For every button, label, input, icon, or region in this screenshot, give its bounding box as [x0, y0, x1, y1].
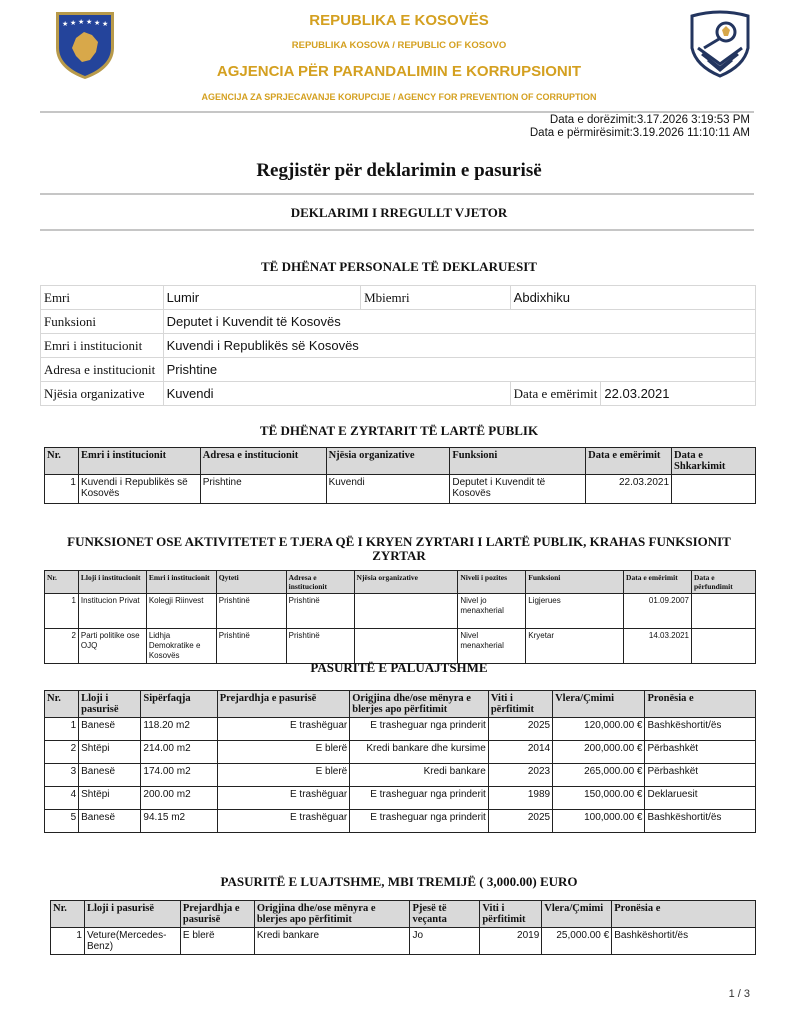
- table-cell: Prishtinë: [286, 629, 354, 664]
- column-header: Viti i përfitimit: [488, 691, 552, 718]
- table-row: 2Shtëpi214.00 m2E blerëKredi bankare dhe…: [45, 741, 756, 764]
- table-cell: E trasheguar nga prinderit: [350, 810, 489, 833]
- table-header-row: Nr.Lloji i institucionitEmri i instituci…: [45, 571, 756, 594]
- column-header: Adresa e institucionit: [286, 571, 354, 594]
- table-cell: E blerë: [180, 928, 254, 955]
- column-header: Nr.: [45, 571, 79, 594]
- table-cell: 2023: [488, 764, 552, 787]
- table-cell: Jo: [410, 928, 480, 955]
- table-cell: Deklaruesit: [645, 787, 756, 810]
- table-cell: 265,000.00 €: [553, 764, 645, 787]
- column-header: Niveli i pozites: [458, 571, 526, 594]
- table-cell: 1: [51, 928, 85, 955]
- table-cell: [691, 594, 755, 629]
- table-cell: E blerë: [217, 741, 350, 764]
- table-cell: Përbashkët: [645, 741, 756, 764]
- agency-subheading: AGENCIJA ZA SPRJECAVANJE KORUPCIJE / AGE…: [0, 92, 798, 102]
- table-cell: [354, 629, 458, 664]
- table-row: 5Banesë94.15 m2E trashëguarE trasheguar …: [45, 810, 756, 833]
- column-header: Adresa e institucionit: [200, 448, 326, 475]
- table-cell: 200,000.00 €: [553, 741, 645, 764]
- table-cell: Kuvendi: [326, 475, 450, 504]
- institution-label: Emri i institucionit: [41, 334, 164, 358]
- table-cell: 200.00 m2: [141, 787, 217, 810]
- table-cell: Bashkëshortit/ës: [645, 810, 756, 833]
- table-cell: E trashëguar: [217, 810, 350, 833]
- table-cell: 100,000.00 €: [553, 810, 645, 833]
- table-cell: Nivel menaxherial: [458, 629, 526, 664]
- column-header: Prejardhja e pasurisë: [217, 691, 350, 718]
- official-section-title: TË DHËNAT E ZYRTARIT TË LARTË PUBLIK: [0, 423, 798, 439]
- table-cell: Kuvendi i Republikës së Kosovës: [78, 475, 200, 504]
- function-value: Deputet i Kuvendit të Kosovës: [163, 310, 755, 334]
- table-cell: 214.00 m2: [141, 741, 217, 764]
- table-cell: Kredi bankare: [254, 928, 410, 955]
- movable-property-table: Nr.Lloji i pasurisëPrejardhja e pasurisë…: [50, 900, 756, 955]
- table-cell: Kolegji Riinvest: [146, 594, 216, 629]
- column-header: Emri i institucionit: [78, 448, 200, 475]
- column-header: Nr.: [45, 448, 79, 475]
- appointment-label: Data e emërimit: [510, 382, 601, 406]
- table-cell: Shtëpi: [79, 741, 141, 764]
- column-header: Lloji i pasurisë: [79, 691, 141, 718]
- table-cell: Prishtinë: [216, 629, 286, 664]
- table-cell: E blerë: [217, 764, 350, 787]
- appointment-value: 22.03.2021: [601, 382, 756, 406]
- table-cell: 118.20 m2: [141, 718, 217, 741]
- column-header: Data e emërimit: [586, 448, 672, 475]
- table-cell: 1: [45, 594, 79, 629]
- column-header: Emri i institucionit: [146, 571, 216, 594]
- title-divider: [40, 193, 754, 195]
- column-header: Njësia organizative: [354, 571, 458, 594]
- republic-heading: REPUBLIKA E KOSOVËS: [0, 12, 798, 29]
- table-cell: 25,000.00 €: [542, 928, 612, 955]
- column-header: Data e Shkarkimit: [672, 448, 756, 475]
- table-cell: [354, 594, 458, 629]
- table-cell: 2: [45, 741, 79, 764]
- column-header: Funksioni: [526, 571, 624, 594]
- column-header: Origjina dhe/ose mënyra e blerjes apo pë…: [350, 691, 489, 718]
- table-cell: 2: [45, 629, 79, 664]
- first-name-value: Lumir: [163, 286, 361, 310]
- table-cell: 2019: [480, 928, 542, 955]
- table-cell: Veture(Mercedes-Benz): [84, 928, 180, 955]
- table-row: 1Veture(Mercedes-Benz)E blerëKredi banka…: [51, 928, 756, 955]
- table-cell: Përbashkët: [645, 764, 756, 787]
- table-cell: Shtëpi: [79, 787, 141, 810]
- submitted-date: Data e dorëzimit:3.17.2026 3:19:53 PM: [530, 114, 750, 127]
- column-header: Sipërfaqja: [141, 691, 217, 718]
- table-cell: E trasheguar nga prinderit: [350, 718, 489, 741]
- republic-subheading: REPUBLIKA KOSOVA / REPUBLIC OF KOSOVO: [0, 40, 798, 51]
- table-cell: Prishtinë: [216, 594, 286, 629]
- table-cell: Deputet i Kuvendit të Kosovës: [450, 475, 586, 504]
- column-header: Prejardhja e pasurisë: [180, 901, 254, 928]
- table-cell: Kryetar: [526, 629, 624, 664]
- table-cell: Bashkëshortit/ës: [645, 718, 756, 741]
- table-cell: E trashëguar: [217, 718, 350, 741]
- submission-dates: Data e dorëzimit:3.17.2026 3:19:53 PM Da…: [530, 114, 750, 140]
- table-cell: 1: [45, 475, 79, 504]
- table-row: 1Banesë118.20 m2E trashëguarE trasheguar…: [45, 718, 756, 741]
- last-name-value: Abdixhiku: [510, 286, 755, 310]
- table-cell: 3: [45, 764, 79, 787]
- column-header: Lloji i pasurisë: [84, 901, 180, 928]
- table-cell: Banesë: [79, 810, 141, 833]
- immovable-property-table: Nr.Lloji i pasurisëSipërfaqjaPrejardhja …: [44, 690, 756, 833]
- table-cell: 94.15 m2: [141, 810, 217, 833]
- table-header-row: Nr.Lloji i pasurisëSipërfaqjaPrejardhja …: [45, 691, 756, 718]
- table-cell: 4: [45, 787, 79, 810]
- table-cell: 14.03.2021: [624, 629, 692, 664]
- table-cell: 5: [45, 810, 79, 833]
- table-cell: Lidhja Demokratike e Kosovës: [146, 629, 216, 664]
- table-header-row: Nr.Lloji i pasurisëPrejardhja e pasurisë…: [51, 901, 756, 928]
- table-cell: Banesë: [79, 718, 141, 741]
- table-cell: 120,000.00 €: [553, 718, 645, 741]
- first-name-label: Emri: [41, 286, 164, 310]
- column-header: Nr.: [45, 691, 79, 718]
- table-cell: Bashkëshortit/ës: [612, 928, 756, 955]
- header-divider: [40, 111, 754, 113]
- table-cell: 150,000.00 €: [553, 787, 645, 810]
- table-cell: 2025: [488, 810, 552, 833]
- agency-heading: AGJENCIA PËR PARANDALIMIN E KORRUPSIONIT: [0, 63, 798, 80]
- address-value: Prishtine: [163, 358, 755, 382]
- amended-date: Data e përmirësimit:3.19.2026 11:10:11 A…: [530, 127, 750, 140]
- column-header: Data e përfundimit: [691, 571, 755, 594]
- column-header: Vlera/Çmimi: [542, 901, 612, 928]
- table-cell: 2014: [488, 741, 552, 764]
- column-header: Pronësia e: [645, 691, 756, 718]
- column-header: Nr.: [51, 901, 85, 928]
- document-subtitle: DEKLARIMI I RREGULLT VJETOR: [0, 205, 798, 221]
- other-functions-section-title: FUNKSIONET OSE AKTIVITETET E TJERA QË I …: [0, 535, 798, 563]
- table-cell: Kredi bankare dhe kursime: [350, 741, 489, 764]
- column-header: Lloji i institucionit: [78, 571, 146, 594]
- table-row: 4Shtëpi200.00 m2E trashëguarE trasheguar…: [45, 787, 756, 810]
- column-header: Data e emërimit: [624, 571, 692, 594]
- column-header: Pjesë të veçanta: [410, 901, 480, 928]
- table-cell: Banesë: [79, 764, 141, 787]
- address-label: Adresa e institucionit: [41, 358, 164, 382]
- anti-corruption-agency-emblem-icon: [684, 8, 756, 80]
- column-header: Vlera/Çmimi: [553, 691, 645, 718]
- table-cell: E trashëguar: [217, 787, 350, 810]
- column-header: Viti i përfitimit: [480, 901, 542, 928]
- institution-value: Kuvendi i Republikës së Kosovës: [163, 334, 755, 358]
- column-header: Funksioni: [450, 448, 586, 475]
- table-cell: 1989: [488, 787, 552, 810]
- unit-value: Kuvendi: [163, 382, 510, 406]
- table-cell: 174.00 m2: [141, 764, 217, 787]
- table-row: 3Banesë174.00 m2E blerëKredi bankare2023…: [45, 764, 756, 787]
- table-cell: Prishtinë: [286, 594, 354, 629]
- unit-label: Njësia organizative: [41, 382, 164, 406]
- table-cell: 1: [45, 718, 79, 741]
- column-header: Njësia organizative: [326, 448, 450, 475]
- table-cell: 01.09.2007: [624, 594, 692, 629]
- table-cell: Parti politike ose OJQ: [78, 629, 146, 664]
- column-header: Pronësia e: [612, 901, 756, 928]
- table-cell: Institucion Privat: [78, 594, 146, 629]
- table-row: 2Parti politike ose OJQLidhja Demokratik…: [45, 629, 756, 664]
- table-cell: Ligjerues: [526, 594, 624, 629]
- last-name-label: Mbiemri: [361, 286, 511, 310]
- other-functions-table: Nr.Lloji i institucionitEmri i instituci…: [44, 570, 756, 664]
- table-cell: Prishtine: [200, 475, 326, 504]
- table-cell: [672, 475, 756, 504]
- table-cell: Kredi bankare: [350, 764, 489, 787]
- table-header-row: Nr.Emri i institucionitAdresa e instituc…: [45, 448, 756, 475]
- function-label: Funksioni: [41, 310, 164, 334]
- table-cell: Nivel jo menaxherial: [458, 594, 526, 629]
- movable-section-title: PASURITË E LUAJTSHME, MBI TREMIJË ( 3,00…: [0, 874, 798, 890]
- table-row: 1Institucion PrivatKolegji RiinvestPrish…: [45, 594, 756, 629]
- column-header: Qyteti: [216, 571, 286, 594]
- column-header: Origjina dhe/ose mënyra e blerjes apo pë…: [254, 901, 410, 928]
- personal-data-table: Emri Lumir Mbiemri Abdixhiku Funksioni D…: [40, 285, 756, 406]
- immovable-section-title: PASURITË E PALUAJTSHME: [0, 660, 798, 676]
- subtitle-divider: [40, 229, 754, 231]
- table-cell: [691, 629, 755, 664]
- table-cell: 2025: [488, 718, 552, 741]
- table-cell: E trasheguar nga prinderit: [350, 787, 489, 810]
- table-row: 1Kuvendi i Republikës së KosovësPrishtin…: [45, 475, 756, 504]
- personal-section-title: TË DHËNAT PERSONALE TË DEKLARUESIT: [0, 259, 798, 275]
- table-cell: 22.03.2021: [586, 475, 672, 504]
- page-number: 1 / 3: [729, 988, 750, 1000]
- official-table: Nr.Emri i institucionitAdresa e instituc…: [44, 447, 756, 504]
- document-title: Regjistër për deklarimin e pasurisë: [0, 160, 798, 182]
